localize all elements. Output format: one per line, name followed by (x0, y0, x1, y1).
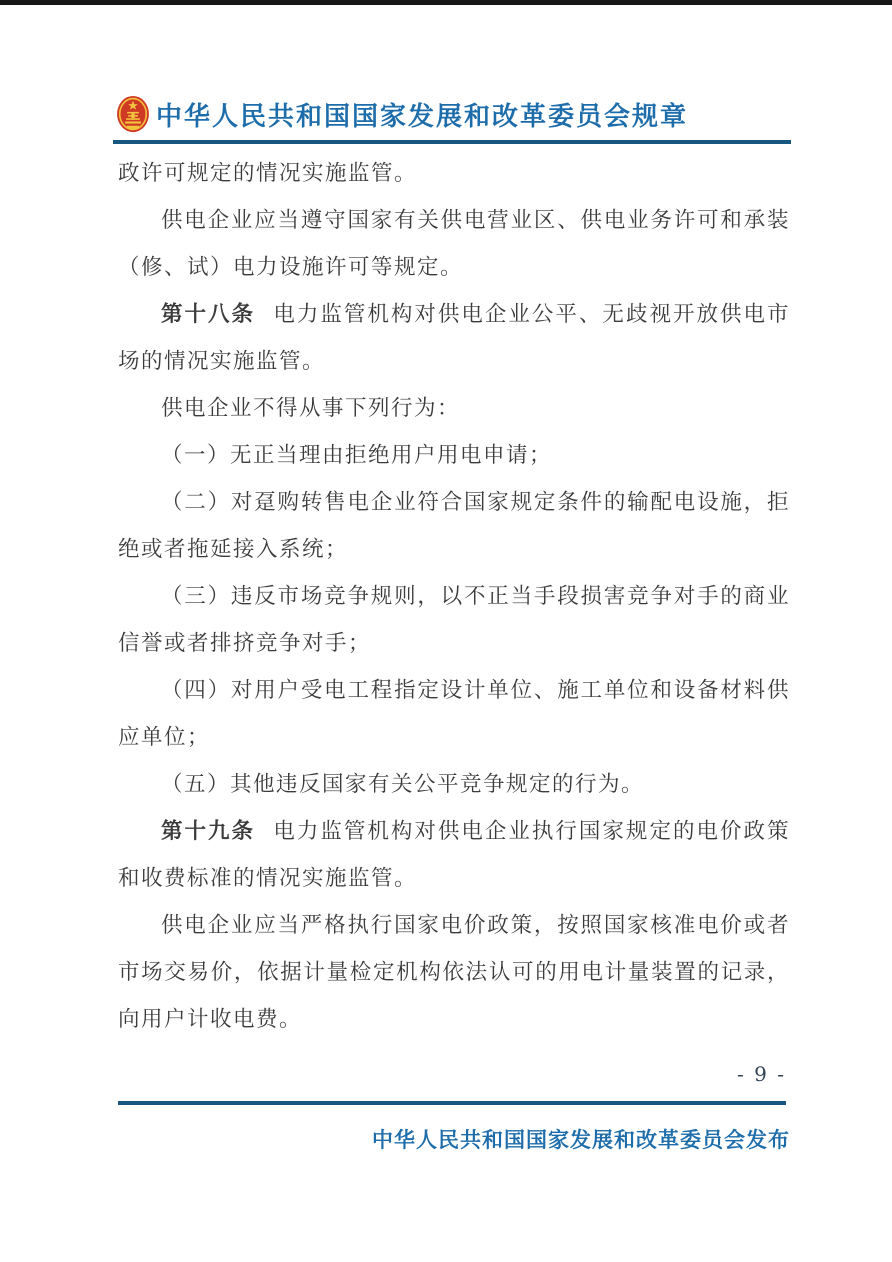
footer-divider (118, 1101, 786, 1105)
paragraph: 供电企业不得从事下列行为： (118, 385, 790, 432)
header-divider (113, 140, 791, 144)
paragraph: 第十八条电力监管机构对供电企业公平、无歧视开放供电市场的情况实施监管。 (118, 291, 790, 385)
article-number: 第十八条 (161, 302, 255, 326)
paragraph: 供电企业应当严格执行国家电价政策，按照国家核准电价或者市场交易价，依据计量检定机… (118, 902, 790, 1043)
page-header: 中华人民共和国国家发展和改革委员会规章 (116, 92, 792, 136)
page-number: - 9 - (118, 1062, 786, 1086)
document-page: 中华人民共和国国家发展和改革委员会规章 政许可规定的情况实施监管。供电企业应当遵… (0, 0, 892, 1262)
paragraph-text: （四）对用户受电工程指定设计单位、施工单位和设备材料供应单位； (118, 678, 790, 749)
paragraph: （二）对趸购转售电企业符合国家规定条件的输配电设施，拒绝或者拖延接入系统； (118, 479, 790, 573)
paragraph-text: （二）对趸购转售电企业符合国家规定条件的输配电设施，拒绝或者拖延接入系统； (118, 490, 790, 561)
paragraph-text: 政许可规定的情况实施监管。 (118, 161, 417, 185)
paragraph: 供电企业应当遵守国家有关供电营业区、供电业务许可和承装（修、试）电力设施许可等规… (118, 197, 790, 291)
paragraph-text: 供电企业应当严格执行国家电价政策，按照国家核准电价或者市场交易价，依据计量检定机… (118, 913, 790, 1031)
article-number: 第十九条 (161, 819, 255, 843)
paragraph: （一）无正当理由拒绝用户用电申请； (118, 432, 790, 479)
paragraph: （四）对用户受电工程指定设计单位、施工单位和设备材料供应单位； (118, 667, 790, 761)
paragraph-text: （五）其他违反国家有关公平竞争规定的行为。 (161, 772, 644, 796)
page-footer: 中华人民共和国国家发展和改革委员会发布 (118, 1124, 790, 1154)
national-emblem-icon (116, 94, 150, 134)
publisher-text: 中华人民共和国国家发展和改革委员会发布 (372, 1129, 790, 1152)
paragraph-text: （一）无正当理由拒绝用户用电申请； (161, 443, 552, 467)
paragraph: （三）违反市场竞争规则，以不正当手段损害竞争对手的商业信誉或者排挤竞争对手； (118, 573, 790, 667)
paragraph-text: 供电企业应当遵守国家有关供电营业区、供电业务许可和承装（修、试）电力设施许可等规… (118, 208, 790, 279)
paragraph-text: 供电企业不得从事下列行为： (161, 396, 460, 420)
scan-edge-top (0, 0, 892, 5)
paragraph: 第十九条电力监管机构对供电企业执行国家规定的电价政策和收费标准的情况实施监管。 (118, 808, 790, 902)
document-body: 政许可规定的情况实施监管。供电企业应当遵守国家有关供电营业区、供电业务许可和承装… (118, 150, 790, 1043)
header-title: 中华人民共和国国家发展和改革委员会规章 (156, 96, 688, 133)
paragraph: 政许可规定的情况实施监管。 (118, 150, 790, 197)
paragraph: （五）其他违反国家有关公平竞争规定的行为。 (118, 761, 790, 808)
paragraph-text: （三）违反市场竞争规则，以不正当手段损害竞争对手的商业信誉或者排挤竞争对手； (118, 584, 790, 655)
